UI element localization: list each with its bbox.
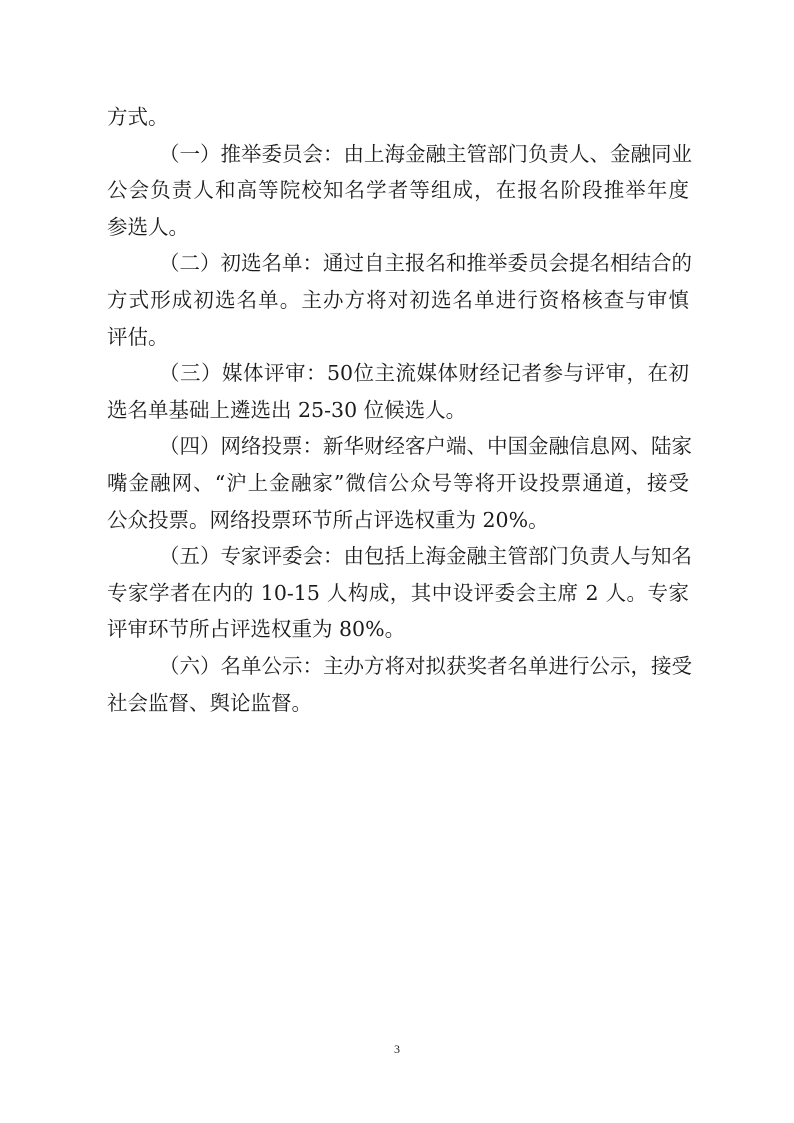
text-line: 方式。 [107,99,689,136]
paragraph-intro-tail: 方式。 [107,99,689,136]
text-line: 专家学者在内的 10-15 人构成，其中设评委会主席 2 人。专家 [107,575,689,612]
text-line: 参选人。 [107,209,689,246]
paragraph-expert-committee: （五）专家评委会：由包括上海金融主管部门负责人与知名 专家学者在内的 10-15… [107,538,689,648]
text-line: 公众投票。网络投票环节所占评选权重为 20%。 [107,502,689,539]
text-line: （五）专家评委会：由包括上海金融主管部门负责人与知名 [107,538,689,575]
paragraph-preliminary-list: （二）初选名单：通过自主报名和推举委员会提名相结合的 方式形成初选名单。主办方将… [107,245,689,355]
text-line: 方式形成初选名单。主办方将对初选名单进行资格核查与审慎 [107,282,689,319]
text-line: 评审环节所占评选权重为 80%。 [107,611,689,648]
paragraph-recommendation-committee: （一）推举委员会：由上海金融主管部门负责人、金融同业 公会负责人和高等院校知名学… [107,136,689,246]
text-line: 嘴金融网、“沪上金融家”微信公众号等将开设投票通道，接受 [107,465,689,502]
page-number: 3 [0,1042,794,1057]
text-line: 评估。 [107,319,689,356]
paragraph-list-publication: （六）名单公示：主办方将对拟获奖者名单进行公示，接受 社会监督、舆论监督。 [107,648,689,721]
text-line: （六）名单公示：主办方将对拟获奖者名单进行公示，接受 [107,648,689,685]
text-line: （三）媒体评审：50位主流媒体财经记者参与评审，在初 [107,355,689,392]
text-line: （四）网络投票：新华财经客户端、中国金融信息网、陆家 [107,428,689,465]
body-text: 方式。 （一）推举委员会：由上海金融主管部门负责人、金融同业 公会负责人和高等院… [107,99,689,721]
document-page: 方式。 （一）推举委员会：由上海金融主管部门负责人、金融同业 公会负责人和高等院… [0,0,794,1123]
text-line: （一）推举委员会：由上海金融主管部门负责人、金融同业 [107,136,689,173]
text-line: 公会负责人和高等院校知名学者等组成，在报名阶段推举年度 [107,172,689,209]
paragraph-media-review: （三）媒体评审：50位主流媒体财经记者参与评审，在初 选名单基础上遴选出 25-… [107,355,689,428]
text-line: 社会监督、舆论监督。 [107,685,689,722]
text-line: （二）初选名单：通过自主报名和推举委员会提名相结合的 [107,245,689,282]
text-line: 选名单基础上遴选出 25-30 位候选人。 [107,392,689,429]
paragraph-online-voting: （四）网络投票：新华财经客户端、中国金融信息网、陆家 嘴金融网、“沪上金融家”微… [107,428,689,538]
